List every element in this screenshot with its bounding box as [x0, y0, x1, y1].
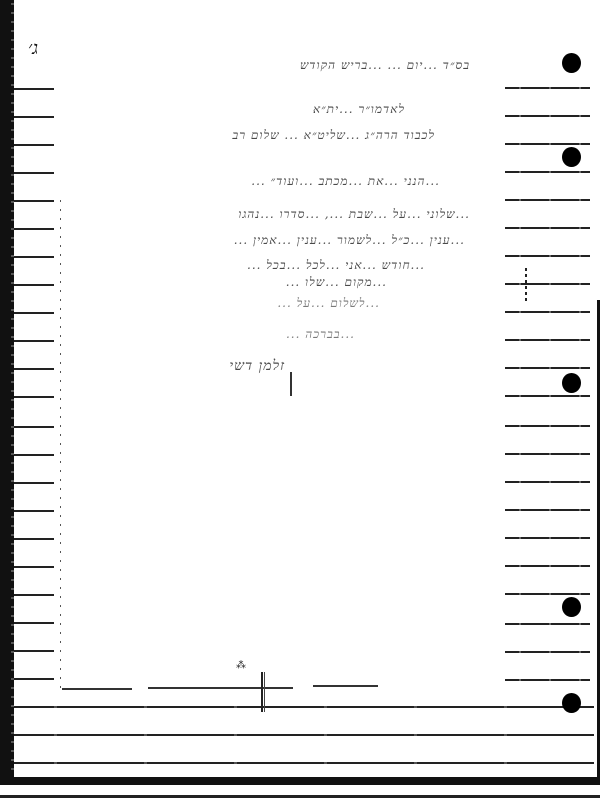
- ruled-line: [505, 339, 590, 341]
- ruled-line: [14, 340, 54, 342]
- letter-body-line-2: ...שלוני ...על ...שבת ..., ...סדרו ...נה…: [238, 207, 470, 222]
- sheet-bottom-line: [148, 687, 293, 689]
- ruled-line: [505, 593, 590, 595]
- scanned-letter-page: ג׳ בס״ד ...יום ... ...בריש הקודש לאדמו״ר…: [0, 0, 605, 800]
- ruled-line: [505, 623, 590, 625]
- ruled-line: [505, 565, 590, 567]
- ruled-line: [505, 283, 590, 285]
- stray-ink-mark: ⁂: [236, 660, 246, 671]
- page-number: ג׳: [28, 38, 38, 59]
- punch-hole: [562, 373, 581, 393]
- ruled-line: [14, 284, 54, 286]
- ruled-line: [14, 368, 54, 370]
- ruled-line: [14, 396, 54, 398]
- letter-body-line-4: ...חודש ...אני ...לכל ...בכל ...: [247, 258, 425, 273]
- ruled-line: [505, 537, 590, 539]
- ruled-line: [14, 312, 54, 314]
- ruled-line: [14, 116, 54, 118]
- ruled-line: [14, 594, 54, 596]
- ruled-line: [14, 538, 54, 540]
- ruled-line: [14, 454, 54, 456]
- opening-line: בס״ד ...יום ... ...בריש הקודש: [300, 58, 470, 73]
- letter-body-line-5: ...מקום ...שלו ...: [286, 275, 387, 290]
- sheet-bottom-line: [62, 688, 132, 690]
- punch-hole: [562, 597, 581, 617]
- ruled-line: [14, 650, 54, 652]
- letter-body-line-6: ...לשלום ...על ...: [277, 296, 380, 311]
- ruled-line: [505, 425, 590, 427]
- punch-hole: [562, 147, 581, 167]
- ruled-line: [14, 566, 54, 568]
- punch-hole: [562, 693, 581, 713]
- ruled-line: [505, 171, 590, 173]
- scan-right-border: [597, 300, 600, 785]
- ruled-line: [14, 678, 54, 680]
- ruled-line: [505, 679, 590, 681]
- ruled-line: [505, 481, 590, 483]
- ruled-line: [14, 200, 54, 202]
- ruled-line: [14, 762, 594, 764]
- ruled-line: [14, 426, 54, 428]
- ruled-line: [505, 143, 590, 145]
- ruled-line: [14, 88, 54, 90]
- margin-tick-mark: [525, 268, 527, 302]
- ruled-line: [505, 227, 590, 229]
- letter-body-line-3: ...ענין ...כ״ל ...לשמור ...ענין ...אמין …: [234, 233, 465, 248]
- scan-bottom-rule: [0, 795, 600, 798]
- ruled-line: [14, 256, 54, 258]
- signature: זלמן דשי: [229, 358, 285, 375]
- scan-left-dark-edge: [0, 0, 12, 785]
- ruled-line: [505, 199, 590, 201]
- ruled-line: [505, 367, 590, 369]
- ruled-line: [505, 453, 590, 455]
- ruled-line: [14, 734, 594, 736]
- punch-hole: [562, 53, 581, 73]
- ruled-line: [14, 706, 594, 708]
- ruled-line: [505, 115, 590, 117]
- ruled-line: [14, 510, 54, 512]
- signature-flourish: [290, 372, 292, 396]
- ruled-line: [505, 87, 590, 89]
- ruled-line: [505, 395, 590, 397]
- ruled-line: [505, 255, 590, 257]
- ruled-line: [505, 311, 590, 313]
- scan-bottom-dark-edge: [0, 777, 600, 785]
- ruled-line: [14, 228, 54, 230]
- ruled-line: [14, 622, 54, 624]
- salutation-line-1: לאדמו״ר ...ית״א: [313, 102, 405, 117]
- closing-line: ...בברכה ...: [286, 327, 355, 342]
- salutation-line-2: לכבוד הרה״ג ...שליט״א ... שלום רב: [232, 128, 435, 143]
- letter-body-line-1: ...הנני ...את ...מכתב ...ועוד״ ...: [251, 174, 440, 189]
- ruled-line: [14, 172, 54, 174]
- inner-sheet-left-edge: [60, 200, 61, 690]
- ruled-line: [14, 144, 54, 146]
- ruled-line: [505, 509, 590, 511]
- stray-scribble: [260, 672, 266, 712]
- ruled-line: [505, 651, 590, 653]
- sheet-bottom-line: [313, 685, 378, 687]
- ruled-line: [14, 482, 54, 484]
